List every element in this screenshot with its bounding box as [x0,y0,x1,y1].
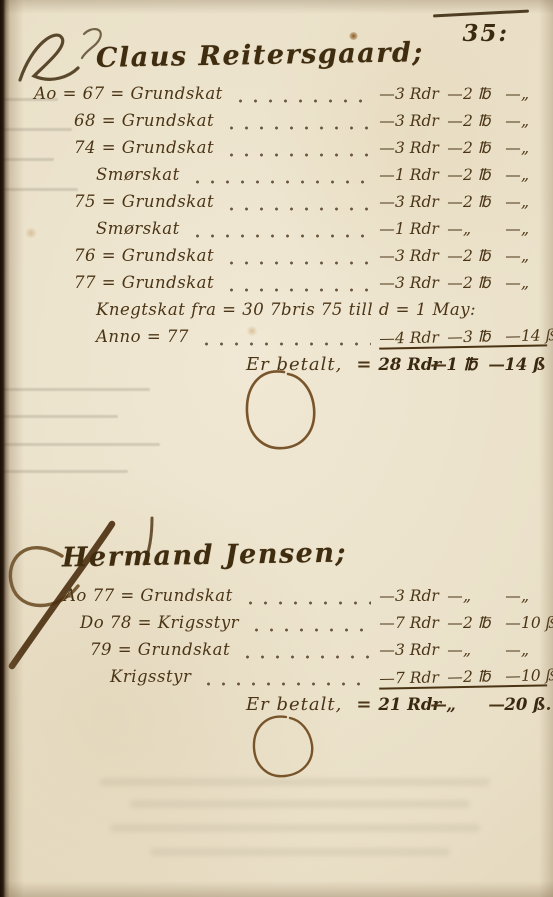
dash-stroke: — [447,139,463,157]
entry-label: Krigsstyr [34,667,191,686]
amount-skilling: „ [521,139,553,157]
ledger-row: 75 = Grundskat —3 Rdr—2 ℔—„ [34,192,547,219]
entry-label: 75 = Grundskat [34,192,214,211]
amount-group: —1 Rdr—2 ℔—„ [379,166,547,184]
amount-group: —1 Rdr—„—„ [379,220,547,238]
amount-group: —7 Rdr—2 ℔—10 ß [379,614,547,632]
dash-stroke: — [379,85,395,103]
amount-group: —7 Rdr—2 ℔—10 ß [379,666,547,689]
bleed-through-text [130,800,470,808]
dot-leader [222,246,371,273]
amount-mark: 2 ℔ [463,112,505,130]
amount-skilling: 20 ß. [504,695,546,714]
amount-mark: 2 ℔ [463,247,505,265]
carry-row: Anno = 77 —4 Rdr—3 ℔—14 ß [34,327,547,354]
page-number: 35: [463,20,510,47]
flourish-circle [240,368,320,454]
note-row: Knegtskat fra = 30 7bris 75 till d = 1 M… [34,300,547,327]
amount-skilling: „ [521,193,553,211]
ledger-row: Smørskat —1 Rdr—2 ℔—„ [34,165,547,192]
dot-leader [188,219,371,246]
amount-mark: „ [463,587,505,605]
equals-stroke: = [356,354,370,375]
amount-rixdollar: 21 Rdr [378,695,430,714]
dot-leader [247,613,371,640]
dash-stroke: — [379,139,395,157]
dash-stroke: — [505,247,521,265]
bleed-through-mark [0,443,160,446]
dot-leader [238,640,371,667]
dash-stroke: — [447,112,463,130]
amount-rixdollar: 3 Rdr [395,641,447,659]
dash-stroke: — [447,193,463,211]
dot-leader [199,667,371,694]
amount-skilling: 10 ß [521,614,553,632]
manuscript-page: 35: Claus Reitersgaard; Ao = 67 = Grunds… [0,0,553,897]
amount-skilling: „ [521,166,553,184]
amount-skilling: „ [521,220,553,238]
amount-group: —3 Rdr—2 ℔—„ [379,247,547,265]
amount-rixdollar: 7 Rdr [395,668,447,687]
dash-stroke: — [447,220,463,238]
dash-stroke: — [505,667,521,685]
dash-stroke: — [379,166,395,184]
amount-rixdollar: 3 Rdr [395,193,447,211]
amount-rixdollar: 3 Rdr [395,247,447,265]
dash-stroke: — [488,355,504,374]
amount-mark: 3 ℔ [463,327,505,346]
amount-mark: 2 ℔ [463,667,505,686]
dash-stroke: — [447,166,463,184]
ledger-row: Ao = 67 = Grundskat —3 Rdr—2 ℔—„ [34,84,547,111]
amount-mark: 2 ℔ [463,614,505,632]
amount-group: —3 Rdr—2 ℔—„ [379,274,547,292]
dash-stroke: — [447,614,463,632]
dash-stroke: — [505,85,521,103]
amount-rixdollar: 3 Rdr [395,85,447,103]
entry-label: Do 78 = Krigsstyr [34,613,239,632]
dash-stroke: — [505,193,521,211]
dash-stroke: — [447,274,463,292]
amount-group: —3 Rdr—2 ℔—„ [379,193,547,211]
dash-stroke: — [379,587,395,605]
entry-label: Ao = 67 = Grundskat [34,84,223,103]
amount-mark: 1 ℔ [446,355,488,374]
entry-label: Smørskat [34,219,180,238]
entry-label: Anno = 77 [34,327,189,346]
amount-group: 28 Rdr—1 ℔—14 ß [378,355,546,374]
ledger-section-2: Ao 77 = Grundskat —3 Rdr—„—„ Do 78 = Kri… [34,586,547,726]
ledger-row: Ao 77 = Grundskat —3 Rdr—„—„ [34,586,547,613]
entry-label: 74 = Grundskat [34,138,214,157]
ledger-row: Smørskat —1 Rdr—„—„ [34,219,547,246]
amount-rixdollar: 3 Rdr [395,587,447,605]
dash-stroke: — [447,247,463,265]
amount-rixdollar: 3 Rdr [395,139,447,157]
amount-rixdollar: 1 Rdr [395,220,447,238]
dot-leader [231,84,371,111]
dash-stroke: — [447,641,463,659]
page-number-overline [433,9,529,17]
amount-rixdollar: 3 Rdr [395,112,447,130]
ledger-section-1: Ao = 67 = Grundskat —3 Rdr—2 ℔—„ 68 = Gr… [34,84,547,386]
dash-stroke: — [447,587,463,605]
dash-stroke: — [430,695,446,714]
total-label: Er betalt, [246,694,342,715]
dash-stroke: — [379,329,395,347]
amount-group: —3 Rdr—„—„ [379,641,547,659]
dash-stroke: — [379,112,395,130]
dash-stroke: — [447,328,463,346]
entry-label: 76 = Grundskat [34,246,214,265]
section-heading-hermand-jensen: Hermand Jensen; [62,538,347,574]
amount-mark: 2 ℔ [463,139,505,157]
dot-leader [222,138,371,165]
bleed-through-mark [0,388,150,391]
dash-stroke: — [447,668,463,686]
amount-group: —3 Rdr—2 ℔—„ [379,112,547,130]
amount-group: 21 Rdr—„—20 ß. [378,695,546,714]
amount-mark: 2 ℔ [463,274,505,292]
dash-stroke: — [447,85,463,103]
flourish-circle [248,714,318,784]
bleed-through-text [150,848,450,856]
bleed-through-mark [0,415,118,418]
entry-label: 79 = Grundskat [34,640,230,659]
dash-stroke: — [505,166,521,184]
equals-stroke: = [356,694,370,715]
amount-skilling: „ [521,85,553,103]
ledger-row: Krigsstyr —7 Rdr—2 ℔—10 ß [34,667,547,694]
dash-stroke: — [379,614,395,632]
ledger-row: 74 = Grundskat —3 Rdr—2 ℔—„ [34,138,547,165]
amount-mark: 2 ℔ [463,85,505,103]
dot-leader [222,273,371,300]
bleed-through-mark [0,470,128,473]
dash-stroke: — [505,112,521,130]
amount-rixdollar: 7 Rdr [395,614,447,632]
dot-leader [241,586,371,613]
dash-stroke: — [379,220,395,238]
dash-stroke: — [488,695,504,714]
dash-stroke: — [379,247,395,265]
entry-label: Smørskat [34,165,180,184]
dash-stroke: — [505,587,521,605]
ledger-row: 68 = Grundskat —3 Rdr—2 ℔—„ [34,111,547,138]
amount-rixdollar: 1 Rdr [395,166,447,184]
dash-stroke: — [379,669,395,687]
ledger-row: Do 78 = Krigsstyr —7 Rdr—2 ℔—10 ß [34,613,547,640]
amount-skilling: 14 ß [504,355,546,374]
amount-rixdollar: 28 Rdr [378,355,430,374]
amount-mark: „ [446,695,488,714]
entry-label: 77 = Grundskat [34,273,214,292]
dash-stroke: — [505,641,521,659]
ledger-row: 76 = Grundskat —3 Rdr—2 ℔—„ [34,246,547,273]
amount-group: —3 Rdr—2 ℔—„ [379,85,547,103]
amount-skilling: „ [521,247,553,265]
dash-stroke: — [379,641,395,659]
amount-mark: 2 ℔ [463,193,505,211]
amount-skilling: 10 ß [521,666,553,685]
note-text: Knegtskat fra = 30 7bris 75 till d = 1 M… [34,300,476,319]
ledger-row: 79 = Grundskat —3 Rdr—„—„ [34,640,547,667]
entry-label: 68 = Grundskat [34,111,214,130]
ledger-row: 77 = Grundskat —3 Rdr—2 ℔—„ [34,273,547,300]
dot-leader [222,111,371,138]
dash-stroke: — [379,193,395,211]
section-heading-claus-reitersgaard: Claus Reitersgaard; [96,37,424,74]
amount-group: —3 Rdr—2 ℔—„ [379,139,547,157]
dot-leader [222,192,371,219]
amount-mark: 2 ℔ [463,166,505,184]
amount-group: —4 Rdr—3 ℔—14 ß [379,326,547,349]
amount-skilling: „ [521,274,553,292]
entry-label: Ao 77 = Grundskat [34,586,233,605]
dash-stroke: — [505,139,521,157]
amount-rixdollar: 3 Rdr [395,274,447,292]
amount-skilling: 14 ß [521,326,553,345]
dash-stroke: — [379,274,395,292]
amount-mark: „ [463,641,505,659]
dot-leader [188,165,371,192]
amount-group: —3 Rdr—„—„ [379,587,547,605]
amount-mark: „ [463,220,505,238]
dash-stroke: — [505,220,521,238]
dash-stroke: — [430,355,446,374]
dot-leader [197,327,371,354]
amount-rixdollar: 4 Rdr [395,328,447,347]
dash-stroke: — [505,327,521,345]
dash-stroke: — [505,274,521,292]
amount-skilling: „ [521,587,553,605]
bleed-through-text [110,824,480,832]
amount-skilling: „ [521,112,553,130]
dash-stroke: — [505,614,521,632]
amount-skilling: „ [521,641,553,659]
